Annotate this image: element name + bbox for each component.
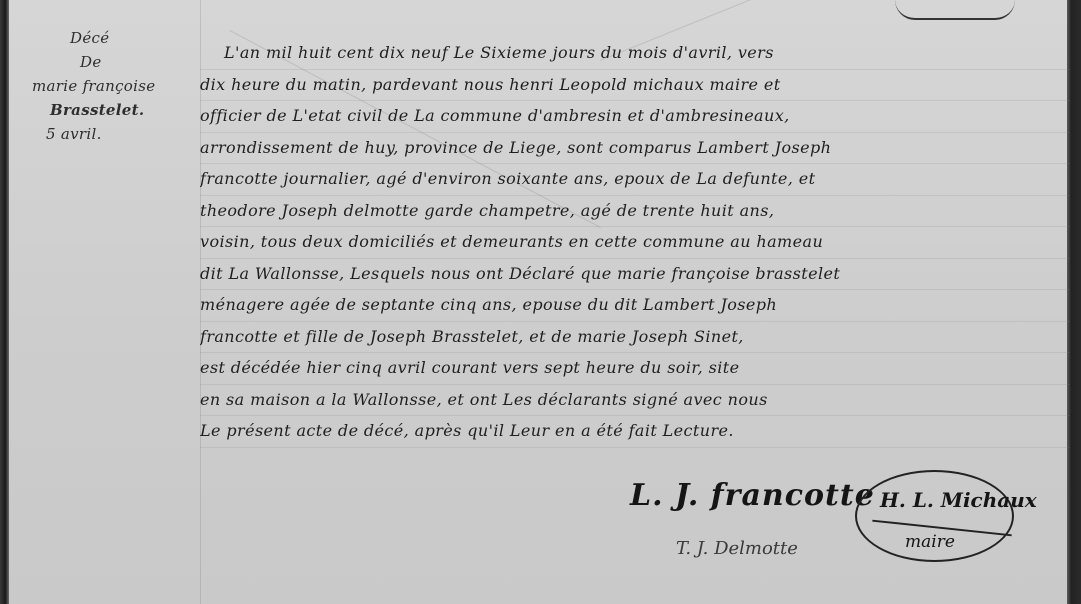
record-line: arrondissement de huy, province de Liege… bbox=[200, 133, 1070, 165]
page-binding-left bbox=[0, 0, 9, 604]
record-line: dix heure du matin, pardevant nous henri… bbox=[200, 70, 1070, 102]
record-line: dit La Wallonsse, Lesquels nous ont Décl… bbox=[200, 259, 1070, 291]
mayor-title: maire bbox=[905, 532, 955, 552]
document-page: maire Décé De marie françoise Brasstelet… bbox=[0, 0, 1081, 604]
previous-signature-flourish: maire bbox=[895, 0, 1015, 20]
signature-delmotte: T. J. Delmotte bbox=[676, 538, 798, 559]
signature-mayor: H. L. Michaux bbox=[880, 488, 1037, 512]
record-line: theodore Joseph delmotte garde champetre… bbox=[200, 196, 1070, 228]
margin-note-line: De bbox=[28, 50, 188, 74]
record-line: L'an mil huit cent dix neuf Le Sixieme j… bbox=[200, 38, 1070, 70]
record-line: francotte et fille de Joseph Brasstelet,… bbox=[200, 322, 1070, 354]
record-line: est décédée hier cinq avril courant vers… bbox=[200, 353, 1070, 385]
margin-note-line: 5 avril. bbox=[28, 122, 188, 146]
record-line: francotte journalier, agé d'environ soix… bbox=[200, 164, 1070, 196]
record-line: voisin, tous deux domiciliés et demeuran… bbox=[200, 227, 1070, 259]
record-line: en sa maison a la Wallonsse, et ont Les … bbox=[200, 385, 1070, 417]
margin-note-line: marie françoise bbox=[28, 74, 188, 98]
record-line: officier de L'etat civil de La commune d… bbox=[200, 101, 1070, 133]
signature-francotte: L. J. francotte bbox=[630, 478, 875, 513]
margin-note-line: Décé bbox=[28, 26, 188, 50]
record-line: ménagere agée de septante cinq ans, epou… bbox=[200, 290, 1070, 322]
record-line: Le présent acte de décé, après qu'il Leu… bbox=[200, 416, 1070, 448]
margin-annotation: Décé De marie françoise Brasstelet. 5 av… bbox=[28, 26, 188, 146]
margin-note-line: Brasstelet. bbox=[28, 98, 188, 122]
record-body: L'an mil huit cent dix neuf Le Sixieme j… bbox=[200, 38, 1070, 448]
